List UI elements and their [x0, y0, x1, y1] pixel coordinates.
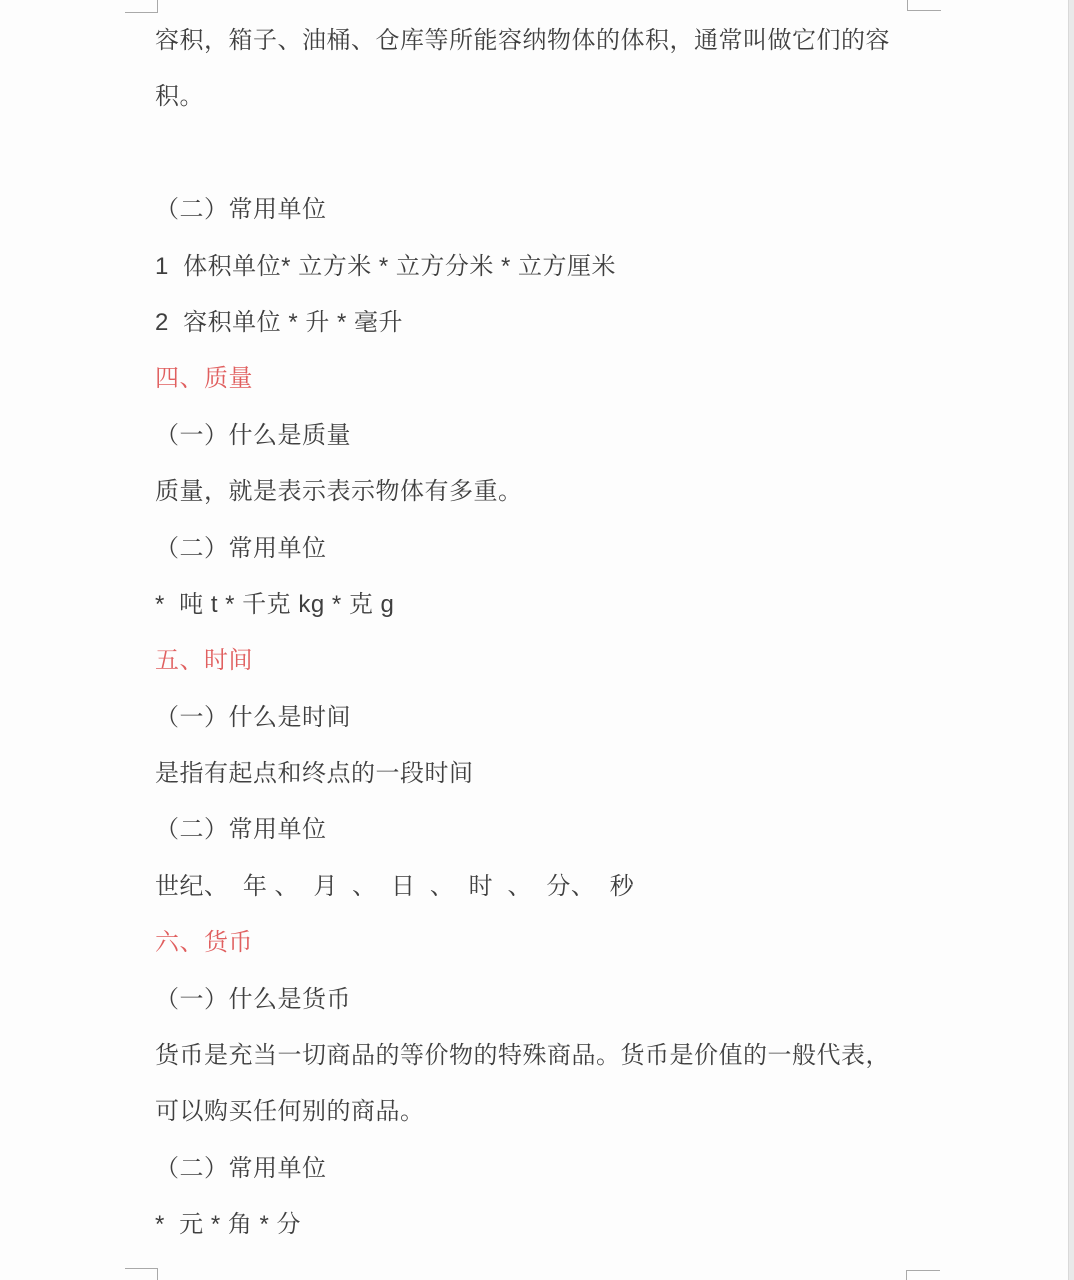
blank-line [155, 126, 925, 182]
document-page: 容积，箱子、油桶、仓库等所能容纳物体的体积，通常叫做它们的容积。 （二）常用单位… [0, 0, 1074, 1280]
margin-mark-bottom-right-icon [906, 1270, 940, 1280]
text-line: （二）常用单位 [155, 182, 925, 238]
page-right-edge [1068, 0, 1074, 1280]
text-line: * 元 * 角 * 分 [155, 1197, 925, 1253]
margin-mark-bottom-left-icon [125, 1268, 158, 1280]
text-line: 1 体积单位* 立方米 * 立方分米 * 立方厘米 [155, 239, 925, 295]
text-line: 可以购买任何别的商品。 [155, 1084, 925, 1140]
margin-mark-top-left-icon [125, 0, 158, 13]
text-line: （一）什么是质量 [155, 408, 925, 464]
text-line: * 吨 t * 千克 kg * 克 g [155, 577, 925, 633]
text-line: （一）什么是货币 [155, 972, 925, 1028]
section-heading: 四、质量 [155, 351, 925, 407]
text-line: 货币是充当一切商品的等价物的特殊商品。货币是价值的一般代表， [155, 1028, 925, 1084]
text-line: （一）什么是时间 [155, 690, 925, 746]
text-line: （二）常用单位 [155, 802, 925, 858]
document-body: 容积，箱子、油桶、仓库等所能容纳物体的体积，通常叫做它们的容积。 （二）常用单位… [155, 13, 925, 1254]
text-line: 2 容积单位 * 升 * 毫升 [155, 295, 925, 351]
text-line: 积。 [155, 69, 925, 125]
text-line: 世纪、 年 、 月 、 日 、 时 、 分、 秒 [155, 859, 925, 915]
margin-mark-top-right-icon [907, 0, 941, 11]
text-line: 质量，就是表示表示物体有多重。 [155, 464, 925, 520]
text-line: 容积，箱子、油桶、仓库等所能容纳物体的体积，通常叫做它们的容 [155, 13, 925, 69]
section-heading: 六、货币 [155, 915, 925, 971]
section-heading: 五、时间 [155, 633, 925, 689]
text-line: 是指有起点和终点的一段时间 [155, 746, 925, 802]
text-line: （二）常用单位 [155, 1141, 925, 1197]
text-line: （二）常用单位 [155, 521, 925, 577]
